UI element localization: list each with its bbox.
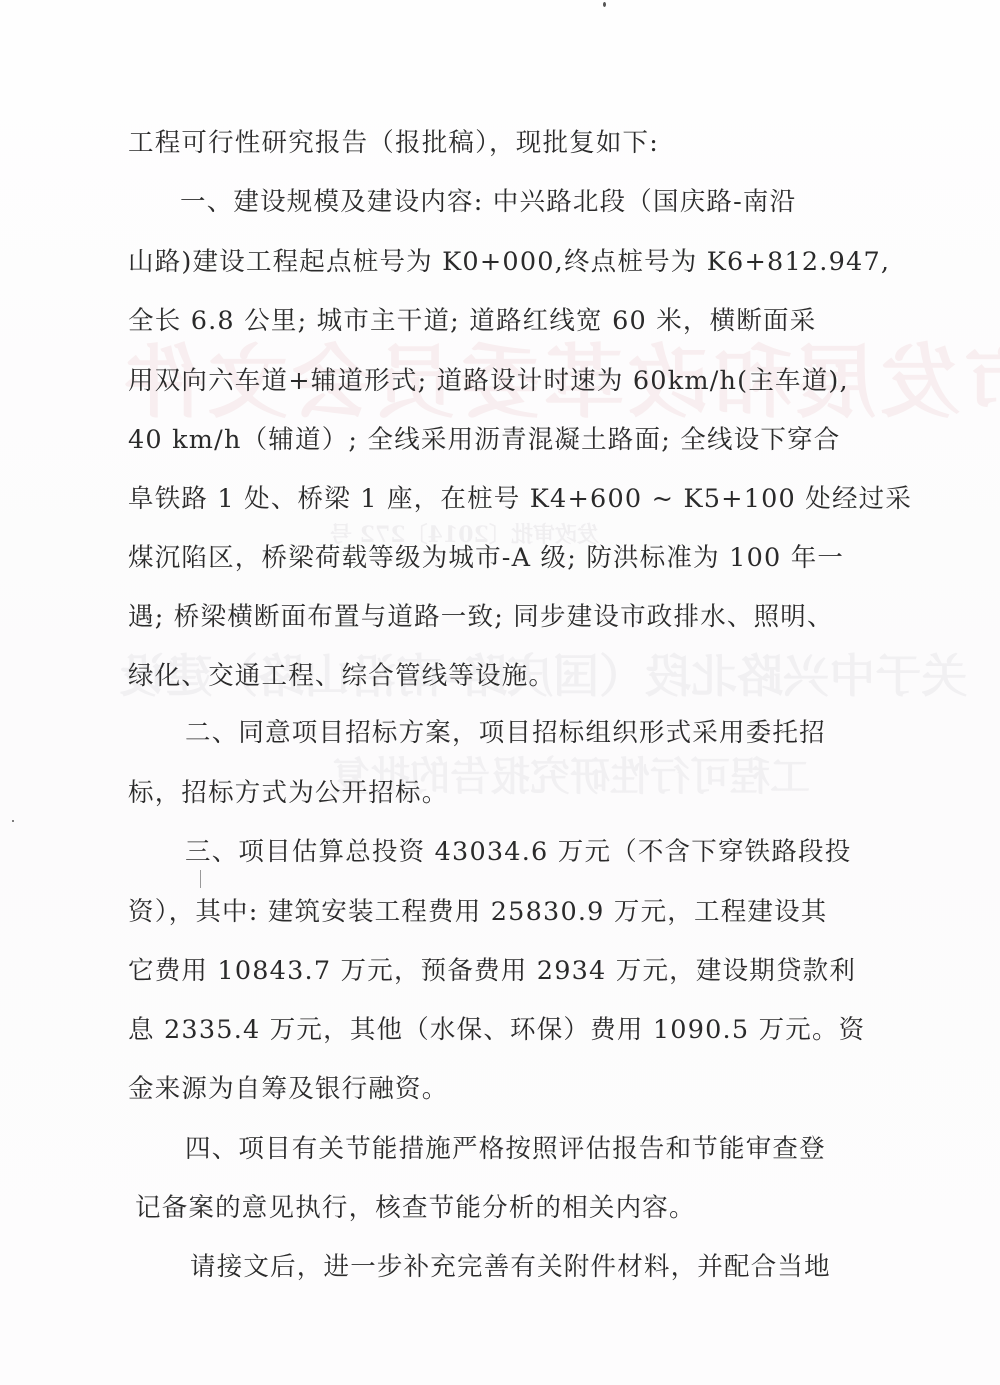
scanned-page: 淮南市发展和改革委员会文件 发改审批〔2014〕272 号 关于中兴路北段（国庆… bbox=[0, 0, 1000, 1385]
doc-line: 用双向六车道+辅道形式; 道路设计时速为 60km/h(主车道), bbox=[128, 365, 849, 397]
doc-line: 绿化、交通工程、综合管线等设施。 bbox=[128, 660, 555, 692]
scan-speck bbox=[603, 2, 606, 7]
doc-line: 金来源为自筹及银行融资。 bbox=[128, 1073, 448, 1105]
doc-line-item1-heading: 一、建设规模及建设内容: 中兴路北段（国庆路-南沿 bbox=[180, 186, 796, 218]
doc-line-item3-heading: 三、项目估算总投资 43034.6 万元（不含下穿铁路段投 bbox=[185, 836, 851, 868]
doc-line: 记备案的意见执行，核查节能分析的相关内容。 bbox=[135, 1192, 696, 1224]
doc-line-intro: 工程可行性研究报告（报批稿），现批复如下: bbox=[128, 127, 659, 159]
scan-speck bbox=[200, 870, 201, 888]
doc-line: 山路)建设工程起点桩号为 K0+000,终点桩号为 K6+812.947, bbox=[128, 246, 890, 278]
doc-line: 息 2335.4 万元，其他（水保、环保）费用 1090.5 万元。资 bbox=[128, 1014, 865, 1046]
doc-line: 遇; 桥梁横断面布置与道路一致; 同步建设市政排水、照明、 bbox=[128, 601, 834, 633]
doc-line: 煤沉陷区，桥梁荷载等级为城市-A 级; 防洪标准为 100 年一 bbox=[128, 542, 844, 574]
doc-line: 标，招标方式为公开招标。 bbox=[128, 777, 448, 809]
doc-line: 阜铁路 1 处、桥梁 1 座，在桩号 K4+600 ~ K5+100 处经过采 bbox=[128, 483, 912, 515]
doc-line: 全长 6.8 公里; 城市主干道; 道路红线宽 60 米，横断面采 bbox=[128, 305, 816, 337]
scan-speck bbox=[12, 820, 14, 822]
doc-line-item4-heading: 四、项目有关节能措施严格按照评估报告和节能审查登 bbox=[185, 1133, 826, 1165]
doc-line: 资），其中: 建筑安装工程费用 25830.9 万元，工程建设其 bbox=[128, 896, 828, 928]
doc-line-item2-heading: 二、同意项目招标方案，项目招标组织形式采用委托招 bbox=[185, 717, 826, 749]
doc-line-closing: 请接文后，进一步补充完善有关附件材料，并配合当地 bbox=[190, 1251, 831, 1283]
doc-line: 它费用 10843.7 万元，预备费用 2934 万元，建设期贷款利 bbox=[128, 955, 856, 987]
doc-line: 40 km/h（辅道）; 全线采用沥青混凝土路面; 全线设下穿合 bbox=[128, 424, 841, 456]
